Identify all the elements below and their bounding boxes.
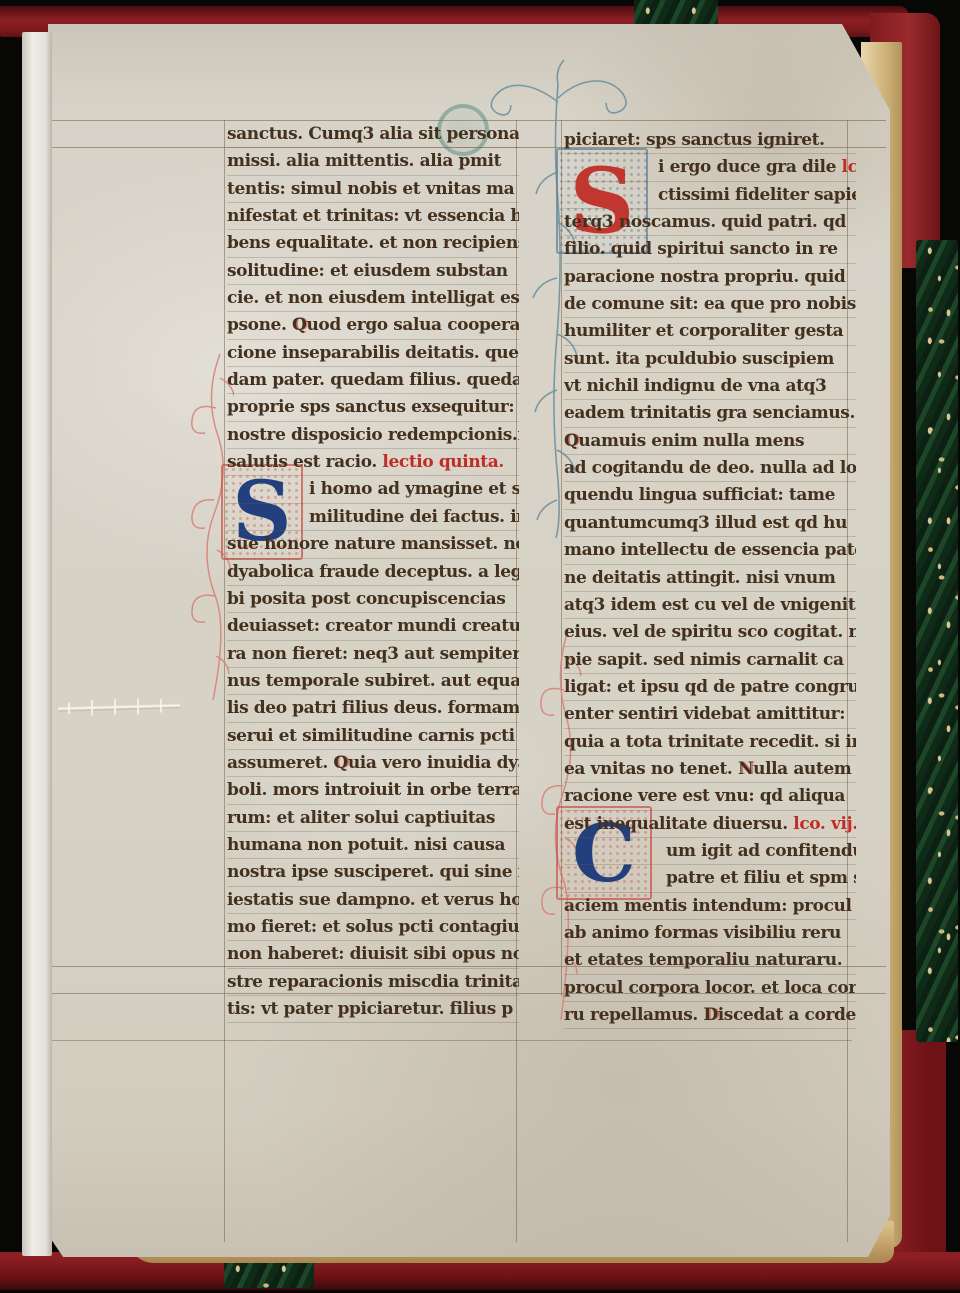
body-text: missi. alia mittentis. alia pmit: [227, 148, 501, 174]
text-line: nostra ipse susciperet. qui sine ma: [227, 859, 519, 886]
body-text: non haberet: diuisit sibi opus no: [227, 941, 519, 967]
text-line: cione inseparabilis deitatis. que: [227, 340, 519, 367]
text-line: humiliter et corporaliter gesta: [564, 318, 856, 345]
text-line: aciem mentis intendum: procul: [564, 893, 856, 920]
body-text: boli. mors introiuit in orbe terra: [227, 777, 519, 803]
body-text: et etates temporaliu naturaru.: [564, 947, 842, 973]
text-line: sunt. ita pculdubio suscipiem: [564, 346, 856, 373]
body-text: ctissimi fideliter sapien: [658, 182, 856, 208]
rubric-text: lectio quinta.: [382, 449, 503, 475]
body-text: enter sentiri videbat amittitur:: [564, 701, 845, 727]
text-line: bens equalitate. et non recipiens: [227, 230, 519, 257]
body-text: ne deitatis attingit. nisi vnum: [564, 565, 835, 591]
ruling-line: [52, 1040, 852, 1041]
text-line: eius. vel de spiritu sco cogitat. no: [564, 619, 856, 646]
text-line: filio. quid spiritui sancto in re: [564, 236, 856, 263]
body-text: assumeret.: [227, 750, 333, 776]
body-text: nifestat et trinitas: vt essencia ha: [227, 203, 519, 229]
text-line: terq3 noscamus. quid patri. qd: [564, 209, 856, 236]
text-line: Quamuis enim nulla mens: [564, 428, 856, 455]
body-text: mano intellectu de essencia pater: [564, 537, 856, 563]
body-text: humiliter et corporaliter gesta: [564, 318, 843, 344]
body-text: iscedat a corde qd: [718, 1002, 856, 1028]
body-text: salutis est racio.: [227, 449, 382, 475]
text-line: tentis: simul nobis et vnitas ma: [227, 176, 519, 203]
body-text: ad cogitandu de deo. nulla ad lo: [564, 455, 856, 481]
body-text: tis: vt pater ppiciaretur. filius p: [227, 996, 513, 1022]
body-text: uia vero inuidia dya: [348, 750, 519, 776]
text-line: sue honore nature mansisset. nec: [227, 531, 519, 558]
text-line: ab animo formas visibiliu reru: [564, 920, 856, 947]
text-line: ctissimi fideliter sapien: [564, 182, 856, 209]
text-line: ad cogitandu de deo. nulla ad lo: [564, 455, 856, 482]
text-line: cie. et non eiusdem intelligat esse: [227, 285, 519, 312]
text-line: militudine dei factus. in: [227, 504, 519, 531]
text-line: dyabolica fraude deceptus. a lege si: [227, 559, 519, 586]
body-text: humana non potuit. nisi causa: [227, 832, 505, 858]
text-line: ea vnitas no tenet. Nulla autem: [564, 756, 856, 783]
body-text: quendu lingua sufficiat: tame: [564, 482, 835, 508]
text-line: i ergo duce gra dile lco vi: [564, 154, 856, 181]
body-text: Q: [292, 312, 306, 338]
text-column-right: piciaret: sps sanctus igniret.i ergo duc…: [564, 127, 856, 1029]
text-line: pie sapit. sed nimis carnalit ca: [564, 647, 856, 674]
body-text: est inequalitate diuersu.: [564, 811, 793, 837]
rubric-text: lco vi: [842, 154, 856, 180]
text-line: salutis est racio. lectio quinta.: [227, 449, 519, 476]
body-text: solitudine: et eiusdem substan: [227, 258, 508, 284]
body-text: um igit ad confitendum: [666, 838, 856, 864]
text-line: ne deitatis attingit. nisi vnum: [564, 565, 856, 592]
text-line: mano intellectu de essencia pater: [564, 537, 856, 564]
body-text: cie. et non eiusdem intelligat esse: [227, 285, 519, 311]
body-text: cione inseparabilis deitatis. que: [227, 340, 519, 366]
text-line: stre reparacionis miscdia trinita: [227, 969, 519, 996]
body-text: eadem trinitatis gra senciamus.: [564, 400, 855, 426]
body-text: dyabolica fraude deceptus. a lege si: [227, 559, 519, 585]
text-line: proprie sps sanctus exsequitur:: [227, 394, 519, 421]
body-text: serui et similitudine carnis pcti: [227, 723, 515, 749]
text-line: et etates temporaliu naturaru.: [564, 947, 856, 974]
text-line: patre et filiu et spm san.: [564, 865, 856, 892]
text-line: serui et similitudine carnis pcti: [227, 723, 519, 750]
body-text: sunt. ita pculdubio suscipiem: [564, 346, 834, 372]
body-text: piciaret: sps sanctus igniret.: [564, 127, 825, 153]
body-text: aciem mentis intendum: procul: [564, 893, 852, 919]
body-text: psone.: [227, 312, 292, 338]
text-line: paracione nostra propriu. quid: [564, 264, 856, 291]
marbled-endpaper-right: [916, 240, 958, 1042]
body-text: tentis: simul nobis et vnitas ma: [227, 176, 514, 202]
text-line: mo fieret: et solus pcti contagiu: [227, 914, 519, 941]
body-text: sue honore nature mansisset. nec: [227, 531, 519, 557]
text-line: procul corpora locor. et loca corpo: [564, 975, 856, 1002]
body-text: lis deo patri filius deus. formam: [227, 695, 519, 721]
body-text: dam pater. quedam filius. quedam: [227, 367, 519, 393]
text-line: i homo ad ymagine et si: [227, 476, 519, 503]
text-line: ligat: et ipsu qd de patre congru: [564, 674, 856, 701]
body-text: N: [738, 756, 753, 782]
body-text: uamuis enim nulla mens: [578, 428, 804, 454]
body-text: ru repellamus.: [564, 1002, 703, 1028]
rubric-text: lco. vij.: [793, 811, 856, 837]
text-line: nus temporale subiret. aut equa: [227, 668, 519, 695]
text-line: quantumcumq3 illud est qd hu: [564, 510, 856, 537]
text-line: eadem trinitatis gra senciamus.: [564, 400, 856, 427]
body-text: proprie sps sanctus exsequitur:: [227, 394, 514, 420]
body-text: Q: [564, 428, 578, 454]
body-text: patre et filiu et spm san.: [666, 865, 856, 891]
text-line: quendu lingua sufficiat: tame: [564, 482, 856, 509]
text-line: tis: vt pater ppiciaretur. filius p: [227, 996, 519, 1023]
body-text: ra non fieret: neq3 aut sempiter: [227, 641, 519, 667]
body-text: de comune sit: ea que pro nobis: [564, 291, 856, 317]
body-text: eius. vel de spiritu sco cogitat. no: [564, 619, 856, 645]
body-text: atq3 idem est cu vel de vnigenito: [564, 592, 856, 618]
text-line: dam pater. quedam filius. quedam: [227, 367, 519, 394]
text-line: racione vere est vnu: qd aliqua: [564, 783, 856, 810]
text-line: deuiasset: creator mundi creatu: [227, 613, 519, 640]
body-text: ab animo formas visibiliu reru: [564, 920, 841, 946]
text-line: vt nichil indignu de vna atq3: [564, 373, 856, 400]
text-line: iestatis sue dampno. et verus ho: [227, 887, 519, 914]
body-text: i homo ad ymagine et si: [309, 476, 519, 502]
text-line: est inequalitate diuersu. lco. vij.: [564, 811, 856, 838]
body-text: pie sapit. sed nimis carnalit ca: [564, 647, 844, 673]
body-text: militudine dei factus. in: [309, 504, 519, 530]
body-text: nus temporale subiret. aut equa: [227, 668, 519, 694]
body-text: sanctus. Cumq3 alia sit persona: [227, 121, 519, 147]
text-line: quia a tota trinitate recedit. si in: [564, 729, 856, 756]
body-text: paracione nostra propriu. quid: [564, 264, 845, 290]
body-text: mo fieret: et solus pcti contagiu: [227, 914, 519, 940]
text-line: rum: et aliter solui captiuitas: [227, 805, 519, 832]
body-text: procul corpora locor. et loca corpo: [564, 975, 856, 1001]
text-line: sanctus. Cumq3 alia sit persona: [227, 121, 519, 148]
body-text: bens equalitate. et non recipiens: [227, 230, 519, 256]
text-line: nostre disposicio redempcionis.nre: [227, 422, 519, 449]
body-text: ulla autem: [753, 756, 851, 782]
body-text: quantumcumq3 illud est qd hu: [564, 510, 847, 536]
body-text: quia a tota trinitate recedit. si in: [564, 729, 856, 755]
text-line: psone. Quod ergo salua coopera: [227, 312, 519, 339]
text-line: humana non potuit. nisi causa: [227, 832, 519, 859]
body-text: D: [703, 1002, 717, 1028]
body-text: rum: et aliter solui captiuitas: [227, 805, 495, 831]
body-text: deuiasset: creator mundi creatu: [227, 613, 519, 639]
text-line: non haberet: diuisit sibi opus no: [227, 941, 519, 968]
body-text: filio. quid spiritui sancto in re: [564, 236, 838, 262]
text-line: solitudine: et eiusdem substan: [227, 258, 519, 285]
body-text: terq3 noscamus. quid patri. qd: [564, 209, 846, 235]
text-line: de comune sit: ea que pro nobis: [564, 291, 856, 318]
text-line: ru repellamus. Discedat a corde qd: [564, 1002, 856, 1029]
text-line: ra non fieret: neq3 aut sempiter: [227, 641, 519, 668]
body-text: bi posita post concupiscencias: [227, 586, 505, 612]
text-line: missi. alia mittentis. alia pmit: [227, 148, 519, 175]
body-text: uod ergo salua coopera: [306, 312, 519, 338]
body-text: ligat: et ipsu qd de patre congru: [564, 674, 856, 700]
text-line: atq3 idem est cu vel de vnigenito: [564, 592, 856, 619]
ruling-line-vertical: [224, 120, 225, 1242]
page-guard-strip: [22, 32, 52, 1256]
text-line: boli. mors introiuit in orbe terra: [227, 777, 519, 804]
text-line: assumeret. Quia vero inuidia dya: [227, 750, 519, 777]
body-text: nostre disposicio redempcionis.nre: [227, 422, 519, 448]
text-line: enter sentiri videbat amittitur:: [564, 701, 856, 728]
text-line: bi posita post concupiscencias: [227, 586, 519, 613]
body-text: nostra ipse susciperet. qui sine ma: [227, 859, 519, 885]
text-line: lis deo patri filius deus. formam: [227, 695, 519, 722]
body-text: racione vere est vnu: qd aliqua: [564, 783, 845, 809]
text-line: um igit ad confitendum: [564, 838, 856, 865]
text-line: piciaret: sps sanctus igniret.: [564, 127, 856, 154]
body-text: i ergo duce gra dile: [658, 154, 842, 180]
body-text: ea vnitas no tenet.: [564, 756, 738, 782]
manuscript-photo: S S C sanctus. Cumq3 alia sit personamis…: [0, 0, 960, 1293]
text-column-left: sanctus. Cumq3 alia sit personamissi. al…: [227, 121, 519, 1023]
body-text: vt nichil indignu de vna atq3: [564, 373, 826, 399]
body-text: Q: [333, 750, 347, 776]
body-text: iestatis sue dampno. et verus ho: [227, 887, 519, 913]
body-text: stre reparacionis miscdia trinita: [227, 969, 519, 995]
text-line: nifestat et trinitas: vt essencia ha: [227, 203, 519, 230]
